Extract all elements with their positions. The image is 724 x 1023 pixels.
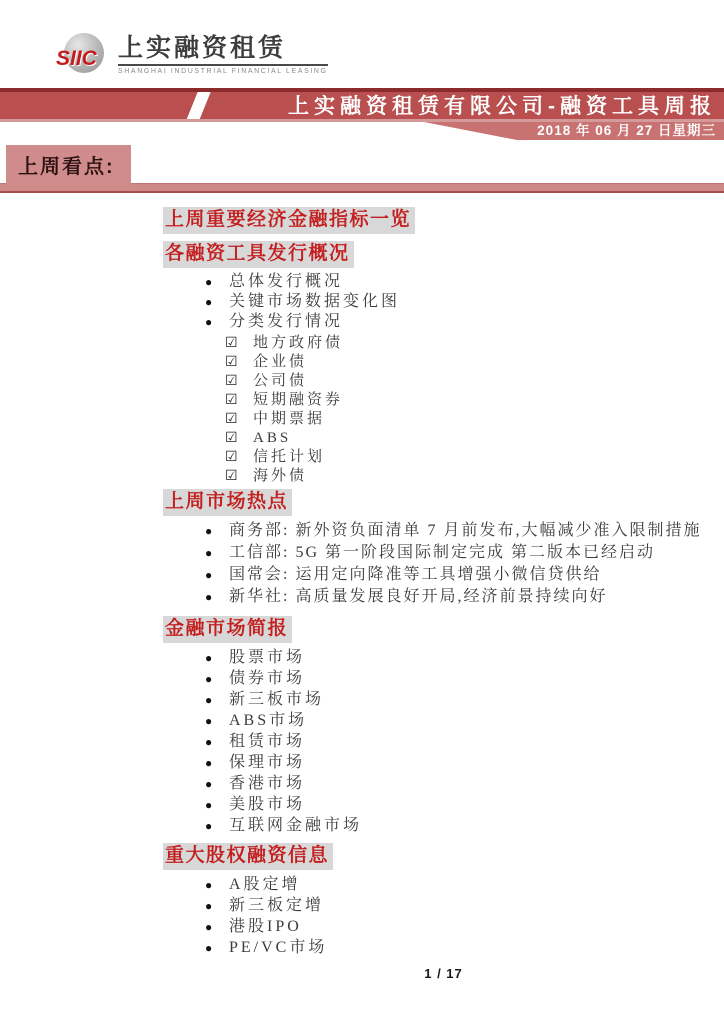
list-item: ● 新三板定增 (163, 895, 724, 916)
list-item-label: 香港市场 (229, 773, 305, 794)
bullet-icon: ● (205, 732, 217, 753)
report-banner: 上实融资租赁有限公司-融资工具周报 2018 年 06 月 27 日星期三 (0, 88, 724, 140)
checked-checkbox-icon: ☑ (225, 334, 239, 353)
list-item: ● 债券市场 (163, 668, 724, 689)
list-item: ● 港股IPO (163, 916, 724, 937)
checked-checkbox-icon: ☑ (225, 391, 239, 410)
highlights-label: 上周看点: (6, 145, 131, 185)
list-item-label: 工信部: 5G 第一阶段国际制定完成 第二版本已经启动 (229, 542, 655, 564)
checklist-item: ☑ 海外债 (163, 467, 724, 486)
checklist-item-label: 中期票据 (253, 410, 325, 429)
bullet-icon: ● (205, 816, 217, 837)
section-header-markets: 金融市场简报 (163, 616, 292, 643)
list-item: ● 股票市场 (163, 647, 724, 668)
list-item: ● 新华社: 高质量发展良好开局,经济前景持续向好 (163, 586, 724, 608)
siic-wordmark: SIIC (56, 47, 97, 71)
hotspots-list: ● 商务部: 新外资负面清单 7 月前发布,大幅减少准入限制措施 ● 工信部: … (163, 520, 724, 608)
checklist-item-label: 地方政府债 (253, 334, 343, 353)
bullet-icon: ● (205, 875, 217, 896)
checklist-item-label: 短期融资券 (253, 391, 343, 410)
report-date: 2018 年 06 月 27 日星期三 (424, 122, 724, 140)
list-item-label: 关键市场数据变化图 (229, 292, 400, 312)
bullet-icon: ● (205, 896, 217, 917)
list-item: ● 分类发行情况 (163, 312, 724, 332)
list-item-label: ABS市场 (229, 710, 307, 731)
list-item: ● 香港市场 (163, 773, 724, 794)
checked-checkbox-icon: ☑ (225, 353, 239, 372)
checklist-item-label: 企业债 (253, 353, 307, 372)
checklist-item: ☑ ABS (163, 429, 724, 448)
checklist-item: ☑ 短期融资券 (163, 391, 724, 410)
list-item-label: 美股市场 (229, 794, 305, 815)
list-item: ● A股定增 (163, 874, 724, 895)
table-of-contents: 上周重要经济金融指标一览 各融资工具发行概况 ● 总体发行概况 ● 关键市场数据… (0, 193, 724, 981)
bullet-icon: ● (205, 312, 217, 332)
checklist-item: ☑ 中期票据 (163, 410, 724, 429)
list-item: ● 关键市场数据变化图 (163, 292, 724, 312)
bullet-icon: ● (205, 917, 217, 938)
section-header-indicators: 上周重要经济金融指标一览 (163, 207, 415, 234)
equity-list: ● A股定增 ● 新三板定增 ● 港股IPO ● PE/VC市场 (163, 874, 724, 958)
list-item-label: 股票市场 (229, 647, 305, 668)
list-item-label: 分类发行情况 (229, 312, 343, 332)
bullet-icon: ● (205, 711, 217, 732)
bullet-icon: ● (205, 564, 217, 586)
list-item: ● 商务部: 新外资负面清单 7 月前发布,大幅减少准入限制措施 (163, 520, 724, 542)
checklist-item: ☑ 信托计划 (163, 448, 724, 467)
checklist-item-label: ABS (253, 429, 291, 448)
banner-title-band: 上实融资租赁有限公司-融资工具周报 (0, 92, 724, 122)
checklist-item: ☑ 地方政府债 (163, 334, 724, 353)
checklist-item: ☑ 公司债 (163, 372, 724, 391)
list-item-label: 新华社: 高质量发展良好开局,经济前景持续向好 (229, 586, 607, 608)
list-item-label: PE/VC市场 (229, 937, 327, 958)
list-item-label: 商务部: 新外资负面清单 7 月前发布,大幅减少准入限制措施 (229, 520, 701, 542)
list-item: ● 总体发行概况 (163, 272, 724, 292)
list-item: ● PE/VC市场 (163, 937, 724, 958)
company-name: 上实融资租赁 (118, 33, 328, 66)
checklist-item-label: 海外债 (253, 467, 307, 486)
checklist-item: ☑ 企业债 (163, 353, 724, 372)
bullet-icon: ● (205, 669, 217, 690)
highlights-row: 上周看点: (0, 140, 724, 183)
logo-text: 上实融资租赁 SHANGHAI INDUSTRIAL FINANCIAL LEA… (118, 33, 328, 75)
company-logo: SIIC 上实融资租赁 SHANGHAI INDUSTRIAL FINANCIA… (56, 33, 328, 75)
checked-checkbox-icon: ☑ (225, 372, 239, 391)
list-item-label: 总体发行概况 (229, 272, 343, 292)
list-item: ● ABS市场 (163, 710, 724, 731)
checked-checkbox-icon: ☑ (225, 467, 239, 486)
bullet-icon: ● (205, 690, 217, 711)
issuance-checklist: ☑ 地方政府债 ☑ 企业债 ☑ 公司债 ☑ 短期融资券 ☑ 中期票据 ☑ ABS… (163, 334, 724, 486)
list-item: ● 新三板市场 (163, 689, 724, 710)
list-item-label: 保理市场 (229, 752, 305, 773)
section-header-issuance: 各融资工具发行概况 (163, 241, 354, 268)
checked-checkbox-icon: ☑ (225, 429, 239, 448)
siic-logo-mark: SIIC (56, 33, 114, 75)
checked-checkbox-icon: ☑ (225, 410, 239, 429)
checklist-item-label: 公司债 (253, 372, 307, 391)
list-item-label: 国常会: 运用定向降准等工具增强小微信贷供给 (229, 564, 601, 586)
markets-list: ● 股票市场 ● 债券市场 ● 新三板市场 ● ABS市场 ● 租赁市场 ● 保… (163, 647, 724, 836)
section-header-hotspots: 上周市场热点 (163, 489, 292, 516)
list-item-label: 债券市场 (229, 668, 305, 689)
band-slash-decoration (181, 92, 213, 122)
bullet-icon: ● (205, 272, 217, 292)
list-item-label: 港股IPO (229, 916, 302, 937)
banner-date-row: 2018 年 06 月 27 日星期三 (0, 122, 724, 140)
list-item-label: 新三板定增 (229, 895, 324, 916)
page-number: 1 / 17 (163, 966, 724, 981)
bullet-icon: ● (205, 586, 217, 608)
list-item-label: 互联网金融市场 (229, 815, 362, 836)
issuance-list: ● 总体发行概况 ● 关键市场数据变化图 ● 分类发行情况 (163, 272, 724, 332)
list-item: ● 工信部: 5G 第一阶段国际制定完成 第二版本已经启动 (163, 542, 724, 564)
bullet-icon: ● (205, 520, 217, 542)
company-name-english: SHANGHAI INDUSTRIAL FINANCIAL LEASING (118, 68, 328, 75)
list-item-label: 新三板市场 (229, 689, 324, 710)
checklist-item-label: 信托计划 (253, 448, 325, 467)
bullet-icon: ● (205, 542, 217, 564)
list-item: ● 互联网金融市场 (163, 815, 724, 836)
bullet-icon: ● (205, 648, 217, 669)
checked-checkbox-icon: ☑ (225, 448, 239, 467)
list-item-label: A股定增 (229, 874, 301, 895)
bullet-icon: ● (205, 292, 217, 312)
bullet-icon: ● (205, 753, 217, 774)
list-item: ● 美股市场 (163, 794, 724, 815)
bullet-icon: ● (205, 938, 217, 959)
bullet-icon: ● (205, 774, 217, 795)
list-item: ● 租赁市场 (163, 731, 724, 752)
report-title: 上实融资租赁有限公司-融资工具周报 (288, 92, 716, 122)
page-header: SIIC 上实融资租赁 SHANGHAI INDUSTRIAL FINANCIA… (0, 0, 724, 88)
bullet-icon: ● (205, 795, 217, 816)
list-item: ● 国常会: 运用定向降准等工具增强小微信贷供给 (163, 564, 724, 586)
section-header-equity: 重大股权融资信息 (163, 843, 333, 870)
list-item-label: 租赁市场 (229, 731, 305, 752)
list-item: ● 保理市场 (163, 752, 724, 773)
